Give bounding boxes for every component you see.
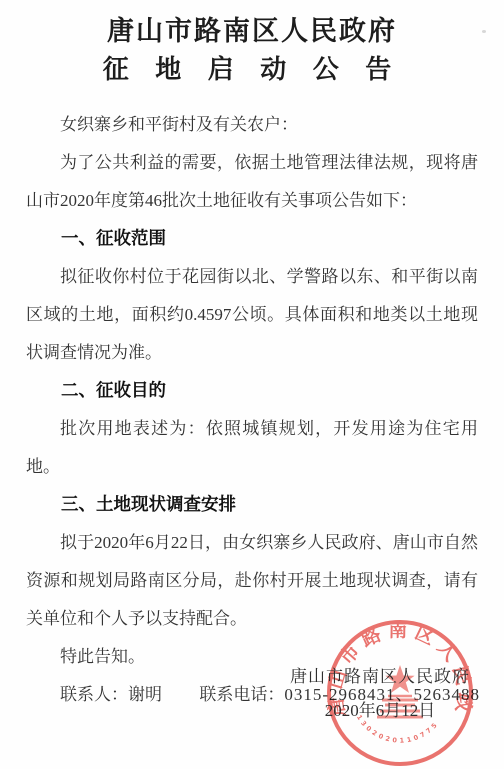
document-title: 唐山市路南区人民政府 征 地 启 动 公 告 <box>26 12 478 90</box>
issuing-authority-title: 唐山市路南区人民政府 <box>26 12 478 50</box>
section-2-body: 批次用地表述为：依照城镇规划，开发用途为住宅用地。 <box>26 410 478 486</box>
section-1-body: 拟征收你村位于花园街以北、学警路以东、和平街以南区域的土地，面积约0.4597公… <box>26 258 478 372</box>
section-1-heading: 一、征收范围 <box>26 220 478 258</box>
section-3-heading: 三、土地现状调查安排 <box>26 486 478 524</box>
signature-block: 唐山市路南区人民政府 2020年6月12日 <box>282 660 478 728</box>
announcement-page: 唐山市路南区人民政府 征 地 启 动 公 告 女织寨乡和平街村及有关农户： 为了… <box>0 0 504 769</box>
contact-label: 联系人： <box>60 685 128 704</box>
signature-authority: 唐山市路南区人民政府 <box>282 660 478 694</box>
signature-date: 2020年6月12日 <box>282 694 478 728</box>
contact-name: 谢明 <box>128 685 162 704</box>
intro-paragraph: 为了公共利益的需要，依据土地管理法律法规，现将唐山市2020年度第46批次土地征… <box>26 144 478 220</box>
announcement-title: 征 地 启 动 公 告 <box>26 50 478 90</box>
scan-artifact-dot <box>482 30 486 33</box>
phone-label: 联系电话： <box>199 685 284 704</box>
salutation: 女织寨乡和平街村及有关农户： <box>26 106 478 144</box>
section-2-heading: 二、征收目的 <box>26 372 478 410</box>
